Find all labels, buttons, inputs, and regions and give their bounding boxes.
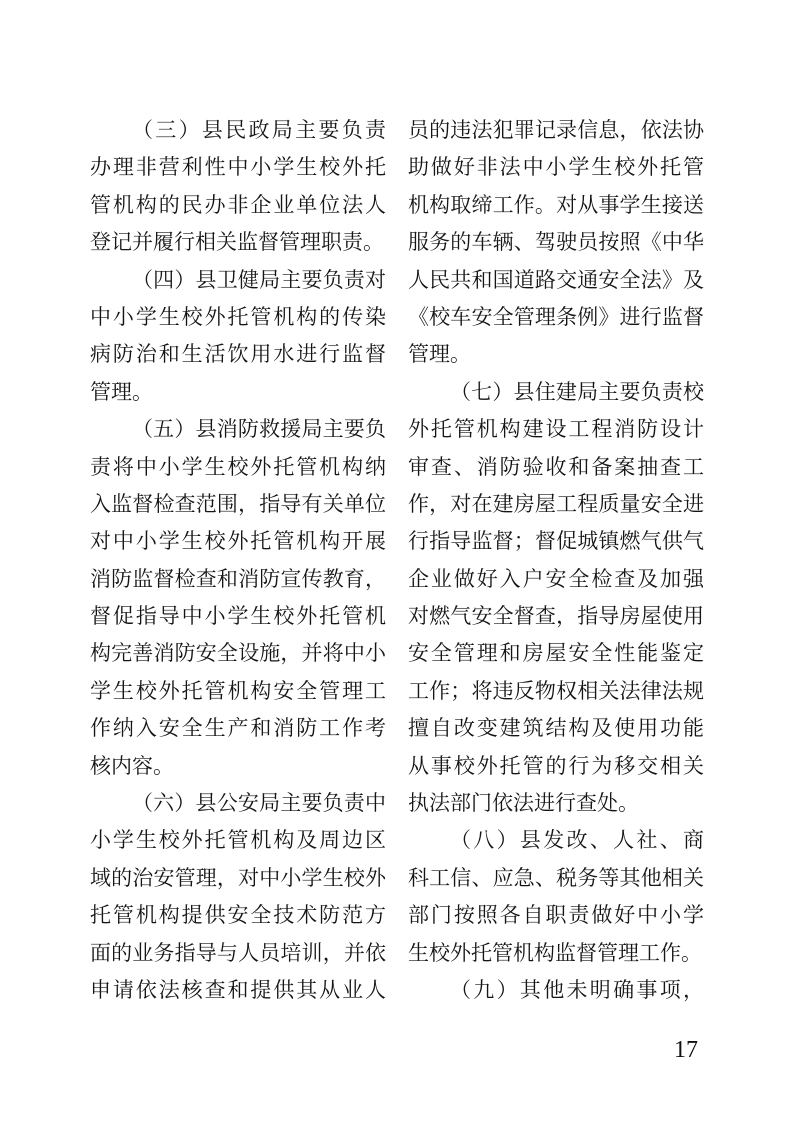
text-line: 作纳入安全生产和消防工作考 xyxy=(90,710,386,747)
page-number: 17 xyxy=(674,1036,698,1064)
text-line: 办理非营利性中小学生校外托 xyxy=(90,149,386,186)
text-line: 服务的车辆、驾驶员按照《中华 xyxy=(408,224,704,261)
text-line: 托管机构提供安全技术防范方 xyxy=(90,897,386,934)
text-line: 生校外托管机构监督管理工作。 xyxy=(408,935,704,972)
text-line: 审查、消防验收和备案抽查工 xyxy=(408,449,704,486)
text-line: 《校车安全管理条例》进行监督 xyxy=(408,299,704,336)
text-line: 外托管机构建设工程消防设计 xyxy=(408,411,704,448)
text-line: 企业做好入户安全检查及加强 xyxy=(408,561,704,598)
text-line: 登记并履行相关监督管理职责。 xyxy=(90,224,386,261)
text-line: 核内容。 xyxy=(90,748,386,785)
text-line: 人民共和国道路交通安全法》及 xyxy=(408,262,704,299)
left-column: （三）县民政局主要负责 办理非营利性中小学生校外托 管机构的民办非企业单位法人 … xyxy=(90,112,386,1009)
text-line: 消防监督检查和消防宣传教育， xyxy=(90,561,386,598)
text-line: 入监督检查范围，指导有关单位 xyxy=(90,486,386,523)
text-line: 部门按照各自职责做好中小学 xyxy=(408,897,704,934)
text-line: 域的治安管理，对中小学生校外 xyxy=(90,860,386,897)
text-line: 作，对在建房屋工程质量安全进 xyxy=(408,486,704,523)
text-line: 责将中小学生校外托管机构纳 xyxy=(90,449,386,486)
text-line: 督促指导中小学生校外托管机 xyxy=(90,598,386,635)
text-line: 学生校外托管机构安全管理工 xyxy=(90,673,386,710)
text-line: 安全管理和房屋安全性能鉴定 xyxy=(408,635,704,672)
text-line: （五）县消防救援局主要负 xyxy=(90,411,386,448)
text-line: 对燃气安全督查，指导房屋使用 xyxy=(408,598,704,635)
text-line: 行指导监督；督促城镇燃气供气 xyxy=(408,523,704,560)
text-line: 管机构的民办非企业单位法人 xyxy=(90,187,386,224)
text-line: 构完善消防安全设施，并将中小 xyxy=(90,635,386,672)
text-line: （六）县公安局主要负责中 xyxy=(90,785,386,822)
text-line: 擅自改变建筑结构及使用功能 xyxy=(408,710,704,747)
text-line: （八）县发改、人社、商 xyxy=(408,822,704,859)
text-line: 机构取缔工作。对从事学生接送 xyxy=(408,187,704,224)
text-line: 中小学生校外托管机构的传染 xyxy=(90,299,386,336)
text-line: （七）县住建局主要负责校 xyxy=(408,374,704,411)
text-line: 对中小学生校外托管机构开展 xyxy=(90,523,386,560)
text-line: 科工信、应急、税务等其他相关 xyxy=(408,860,704,897)
text-line: 面的业务指导与人员培训，并依 xyxy=(90,935,386,972)
text-line: 申请依法核查和提供其从业人 xyxy=(90,972,386,1009)
text-line: 病防治和生活饮用水进行监督 xyxy=(90,336,386,373)
text-line: （三）县民政局主要负责 xyxy=(90,112,386,149)
document-body: （三）县民政局主要负责 办理非营利性中小学生校外托 管机构的民办非企业单位法人 … xyxy=(90,112,704,1009)
text-line: 工作；将违反物权相关法律法规 xyxy=(408,673,704,710)
text-line: 管理。 xyxy=(408,336,704,373)
text-line: 管理。 xyxy=(90,374,386,411)
text-line: 员的违法犯罪记录信息，依法协 xyxy=(408,112,704,149)
text-line: 助做好非法中小学生校外托管 xyxy=(408,149,704,186)
text-line: （九）其他未明确事项， xyxy=(408,972,704,1009)
text-line: 从事校外托管的行为移交相关 xyxy=(408,748,704,785)
text-line: 执法部门依法进行查处。 xyxy=(408,785,704,822)
text-line: 小学生校外托管机构及周边区 xyxy=(90,822,386,859)
right-column: 员的违法犯罪记录信息，依法协 助做好非法中小学生校外托管 机构取缔工作。对从事学… xyxy=(408,112,704,1009)
text-line: （四）县卫健局主要负责对 xyxy=(90,262,386,299)
